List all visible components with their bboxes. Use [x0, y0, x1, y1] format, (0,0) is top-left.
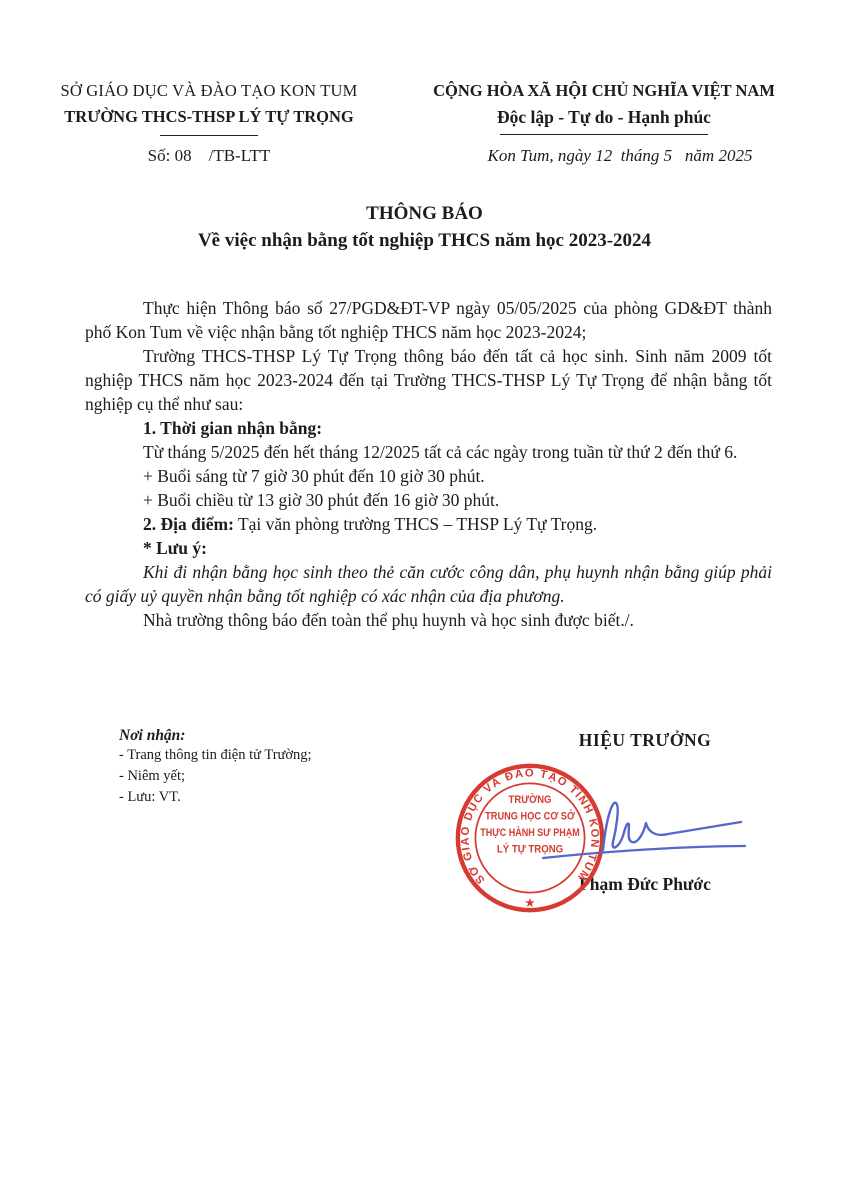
- document-body: Thực hiện Thông báo số 27/PGD&ĐT-VP ngày…: [85, 296, 772, 632]
- header-left-divider: [160, 135, 258, 136]
- section-2-text: Tại văn phòng trường THCS – THSP Lý Tự T…: [234, 514, 597, 534]
- signature-stroke-underline: [543, 846, 745, 858]
- paragraph-announcement: Trường THCS-THSP Lý Tự Trọng thông báo đ…: [85, 344, 772, 416]
- stamp-star-icon: ★: [524, 896, 535, 910]
- motto: Độc lập - Tự do - Hạnh phúc: [392, 104, 816, 130]
- note-heading: * Lưu ý:: [85, 536, 772, 560]
- school-name: TRƯỜNG THCS-THSP LÝ TỰ TRỌNG: [28, 104, 390, 130]
- signature-stroke-main: [603, 803, 741, 850]
- section-1-afternoon-hours: + Buổi chiều từ 13 giờ 30 phút đến 16 gi…: [85, 488, 772, 512]
- paragraph-basis: Thực hiện Thông báo số 27/PGD&ĐT-VP ngày…: [85, 296, 772, 344]
- issuing-agency-block: SỞ GIÁO DỤC VÀ ĐÀO TẠO KON TUM TRƯỜNG TH…: [28, 78, 390, 136]
- recipient-item: - Lưu: VT.: [119, 787, 312, 808]
- note-text: Khi đi nhận bằng học sinh theo thẻ căn c…: [85, 560, 772, 608]
- document-title: THÔNG BÁO: [0, 200, 849, 227]
- section-1-morning-hours: + Buổi sáng từ 7 giờ 30 phút đến 10 giờ …: [85, 464, 772, 488]
- national-motto-block: CỘNG HÒA XÃ HỘI CHỦ NGHĨA VIỆT NAM Độc l…: [392, 78, 816, 135]
- section-2-location: 2. Địa điểm: Tại văn phòng trường THCS –…: [85, 512, 772, 536]
- section-1-heading: 1. Thời gian nhận bằng:: [85, 416, 772, 440]
- recipients-block: Nơi nhận: - Trang thông tin điện tử Trườ…: [119, 727, 312, 808]
- recipient-item: - Trang thông tin điện tử Trường;: [119, 745, 312, 766]
- document-number: Số: 08 /TB-LTT: [28, 146, 390, 166]
- title-block: THÔNG BÁO Về việc nhận bằng tốt nghiệp T…: [0, 200, 849, 254]
- agency-parent-name: SỞ GIÁO DỤC VÀ ĐÀO TẠO KON TUM: [28, 78, 390, 104]
- recipient-item: - Niêm yết;: [119, 766, 312, 787]
- document-page: SỞ GIÁO DỤC VÀ ĐÀO TẠO KON TUM TRƯỜNG TH…: [0, 0, 849, 1200]
- section-2-heading: 2. Địa điểm:: [143, 514, 234, 534]
- place-date-line: Kon Tum, ngày 12 tháng 5 năm 2025: [420, 146, 820, 166]
- recipients-label: Nơi nhận:: [119, 727, 312, 745]
- signer-title: HIỆU TRƯỞNG: [455, 730, 835, 751]
- closing-line: Nhà trường thông báo đến toàn thể phụ hu…: [85, 608, 772, 632]
- section-1-timeframe: Từ tháng 5/2025 đến hết tháng 12/2025 tấ…: [85, 440, 772, 464]
- country-title: CỘNG HÒA XÃ HỘI CHỦ NGHĨA VIỆT NAM: [392, 78, 816, 104]
- handwritten-signature: [525, 772, 765, 872]
- document-subtitle: Về việc nhận bằng tốt nghiệp THCS năm họ…: [0, 227, 849, 254]
- header-right-divider: [500, 134, 708, 135]
